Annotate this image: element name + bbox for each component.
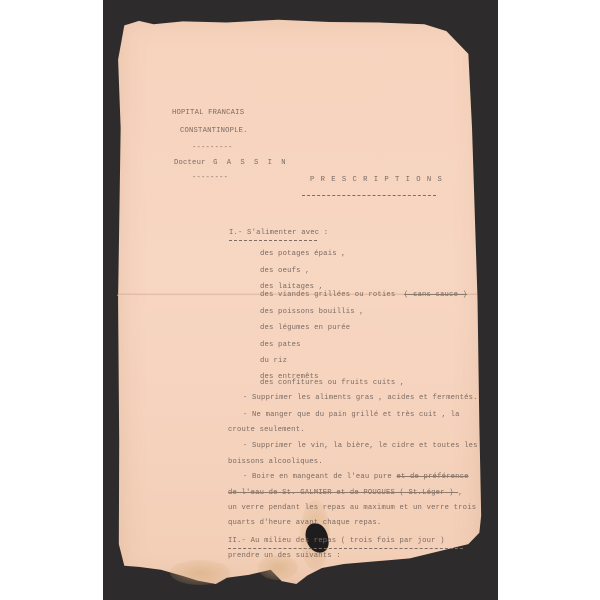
section2-heading: II.- Au milieu des repas ( trois fois pa…: [228, 538, 445, 545]
instruction-line: quarts d'heure avant chaque repas.: [228, 520, 381, 527]
section1-heading: I.- S'alimenter avec :: [229, 230, 328, 237]
section2-underline: [228, 548, 463, 549]
instruction-line: boissons alcooliques.: [228, 459, 323, 466]
document-title: P R E S C R I P T I O N S: [310, 177, 443, 184]
food-item: des poissons bouillis ,: [260, 309, 364, 316]
food-item: des pates: [260, 342, 301, 349]
struck-text: de l'eau de St. GALMIER et de POUGUES ( …: [228, 489, 458, 497]
food-item: des potages épais ,: [260, 251, 346, 258]
instruction-line: croute seulement.: [228, 427, 305, 434]
instruction-line: de l'eau de St. GALMIER et de POUGUES ( …: [228, 490, 463, 497]
instruction-line: - Ne manger que du pain grillé et très c…: [243, 412, 460, 419]
instruction-text: ,: [458, 489, 463, 497]
instruction-line: - Boire en mangeant de l'eau pure et de …: [243, 474, 469, 481]
water-stain: [170, 560, 230, 585]
instruction-text: - Boire en mangeant de l'eau pure: [243, 473, 392, 481]
header-divider-2: --------: [192, 175, 228, 182]
section1-underline: [229, 240, 317, 241]
instruction-line: - Supprimer le vin, la bière, le cidre e…: [243, 443, 478, 450]
struck-annotation: ( sans sauce ): [404, 291, 467, 299]
food-item: du riz: [260, 358, 287, 365]
doctor-label: Docteur: [174, 159, 206, 167]
struck-text: et de préférence: [396, 473, 468, 481]
food-item-meats: des viandes grillées ou roties ( sans sa…: [260, 292, 467, 299]
section2-line: prendre un des suivants :: [228, 553, 341, 560]
hospital-city: CONSTANTINOPLE.: [180, 128, 248, 135]
food-item: des confitures ou fruits cuits ,: [260, 380, 404, 387]
food-item: des légumes en purée: [260, 325, 350, 332]
food-item-text: des viandes grillées ou roties: [260, 291, 395, 299]
food-item: des oeufs ,: [260, 268, 310, 275]
doctor-name: G A S S I N: [213, 159, 288, 167]
instruction-line: un verre pendant les repas au maximum et…: [228, 505, 476, 512]
doctor-line: Docteur G A S S I N: [174, 160, 288, 167]
instruction-line: - Supprimer les aliments gras , acides e…: [243, 395, 478, 402]
header-divider: ---------: [192, 145, 233, 152]
hospital-name: HOPITAL FRANCAIS: [172, 110, 244, 117]
title-underline: [302, 195, 436, 196]
